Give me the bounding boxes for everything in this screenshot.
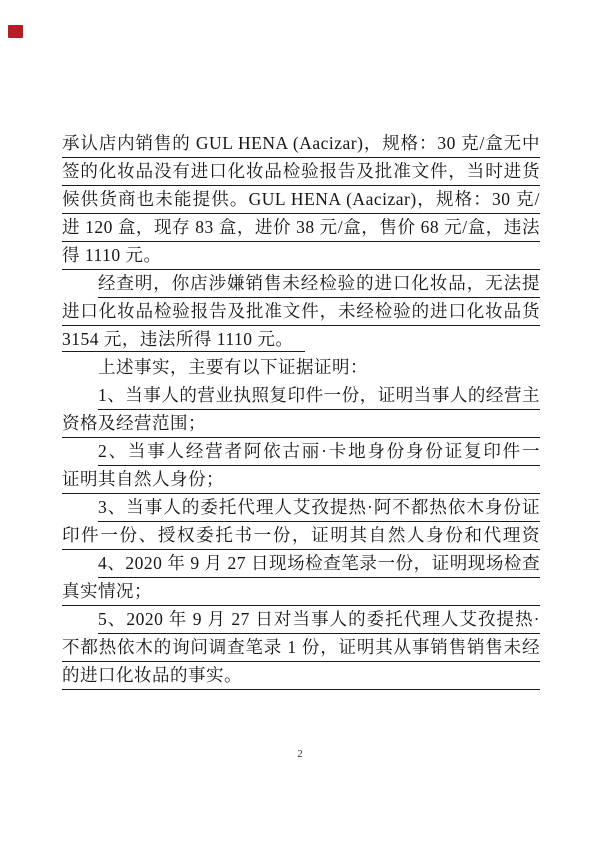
- document-page: 承认店内销售的 GUL HENA (Aacizar)，规格：30 克/盒无中文标…: [0, 0, 600, 848]
- document-line: 2、当事人经营者阿依古丽·卡地身份身份证复印件一份，: [98, 438, 540, 466]
- document-line: 上述事实，主要有以下证据证明：: [98, 354, 540, 382]
- document-line: 候供货商也未能提供。GUL HENA (Aacizar)，规格：30 克/盒，: [62, 186, 540, 214]
- document-line: 签的化妆品没有进口化妆品检验报告及批准文件，当时进货的时: [62, 158, 540, 186]
- document-line: 的进口化妆品的事实。: [62, 662, 540, 690]
- document-line: 1、当事人的营业执照复印件一份，证明当事人的经营主体: [98, 382, 540, 410]
- document-line: 3、当事人的委托代理人艾孜提热·阿不都热依木身份证复: [98, 494, 540, 522]
- document-line: 得 1110 元。: [62, 242, 540, 270]
- document-line: 进 120 盒，现存 83 盒，进价 38 元/盒，售价 68 元/盒，违法所: [62, 214, 540, 242]
- document-line: 4、2020 年 9 月 27 日现场检查笔录一份，证明现场检查的: [98, 550, 540, 578]
- document-line: 承认店内销售的 GUL HENA (Aacizar)，规格：30 克/盒无中文标: [62, 130, 540, 158]
- red-stamp-mark: [8, 25, 23, 38]
- document-line: 3154 元，违法所得 1110 元。: [62, 326, 540, 354]
- document-line: 进口化妆品检验报告及批准文件，未经检验的进口化妆品货值: [62, 298, 540, 326]
- page-number: 2: [0, 748, 600, 760]
- document-line: 证明其自然人身份；: [62, 466, 540, 494]
- document-body: 承认店内销售的 GUL HENA (Aacizar)，规格：30 克/盒无中文标…: [62, 130, 540, 690]
- document-line: 真实情况；: [62, 578, 540, 606]
- document-line: 资格及经营范围；: [62, 410, 540, 438]
- underlined-text: 3154 元，违法所得 1110 元。: [62, 329, 305, 352]
- document-line: 5、2020 年 9 月 27 日对当事人的委托代理人艾孜提热·阿: [98, 606, 540, 634]
- document-line: 经查明，你店涉嫌销售未经检验的进口化妆品，无法提供有: [98, 270, 540, 298]
- document-line: 印件一份、授权委托书一份，证明其自然人身份和代理资格；: [62, 522, 540, 550]
- document-line: 不都热依木的询问调查笔录 1 份，证明其从事销售销售未经检验: [62, 634, 540, 662]
